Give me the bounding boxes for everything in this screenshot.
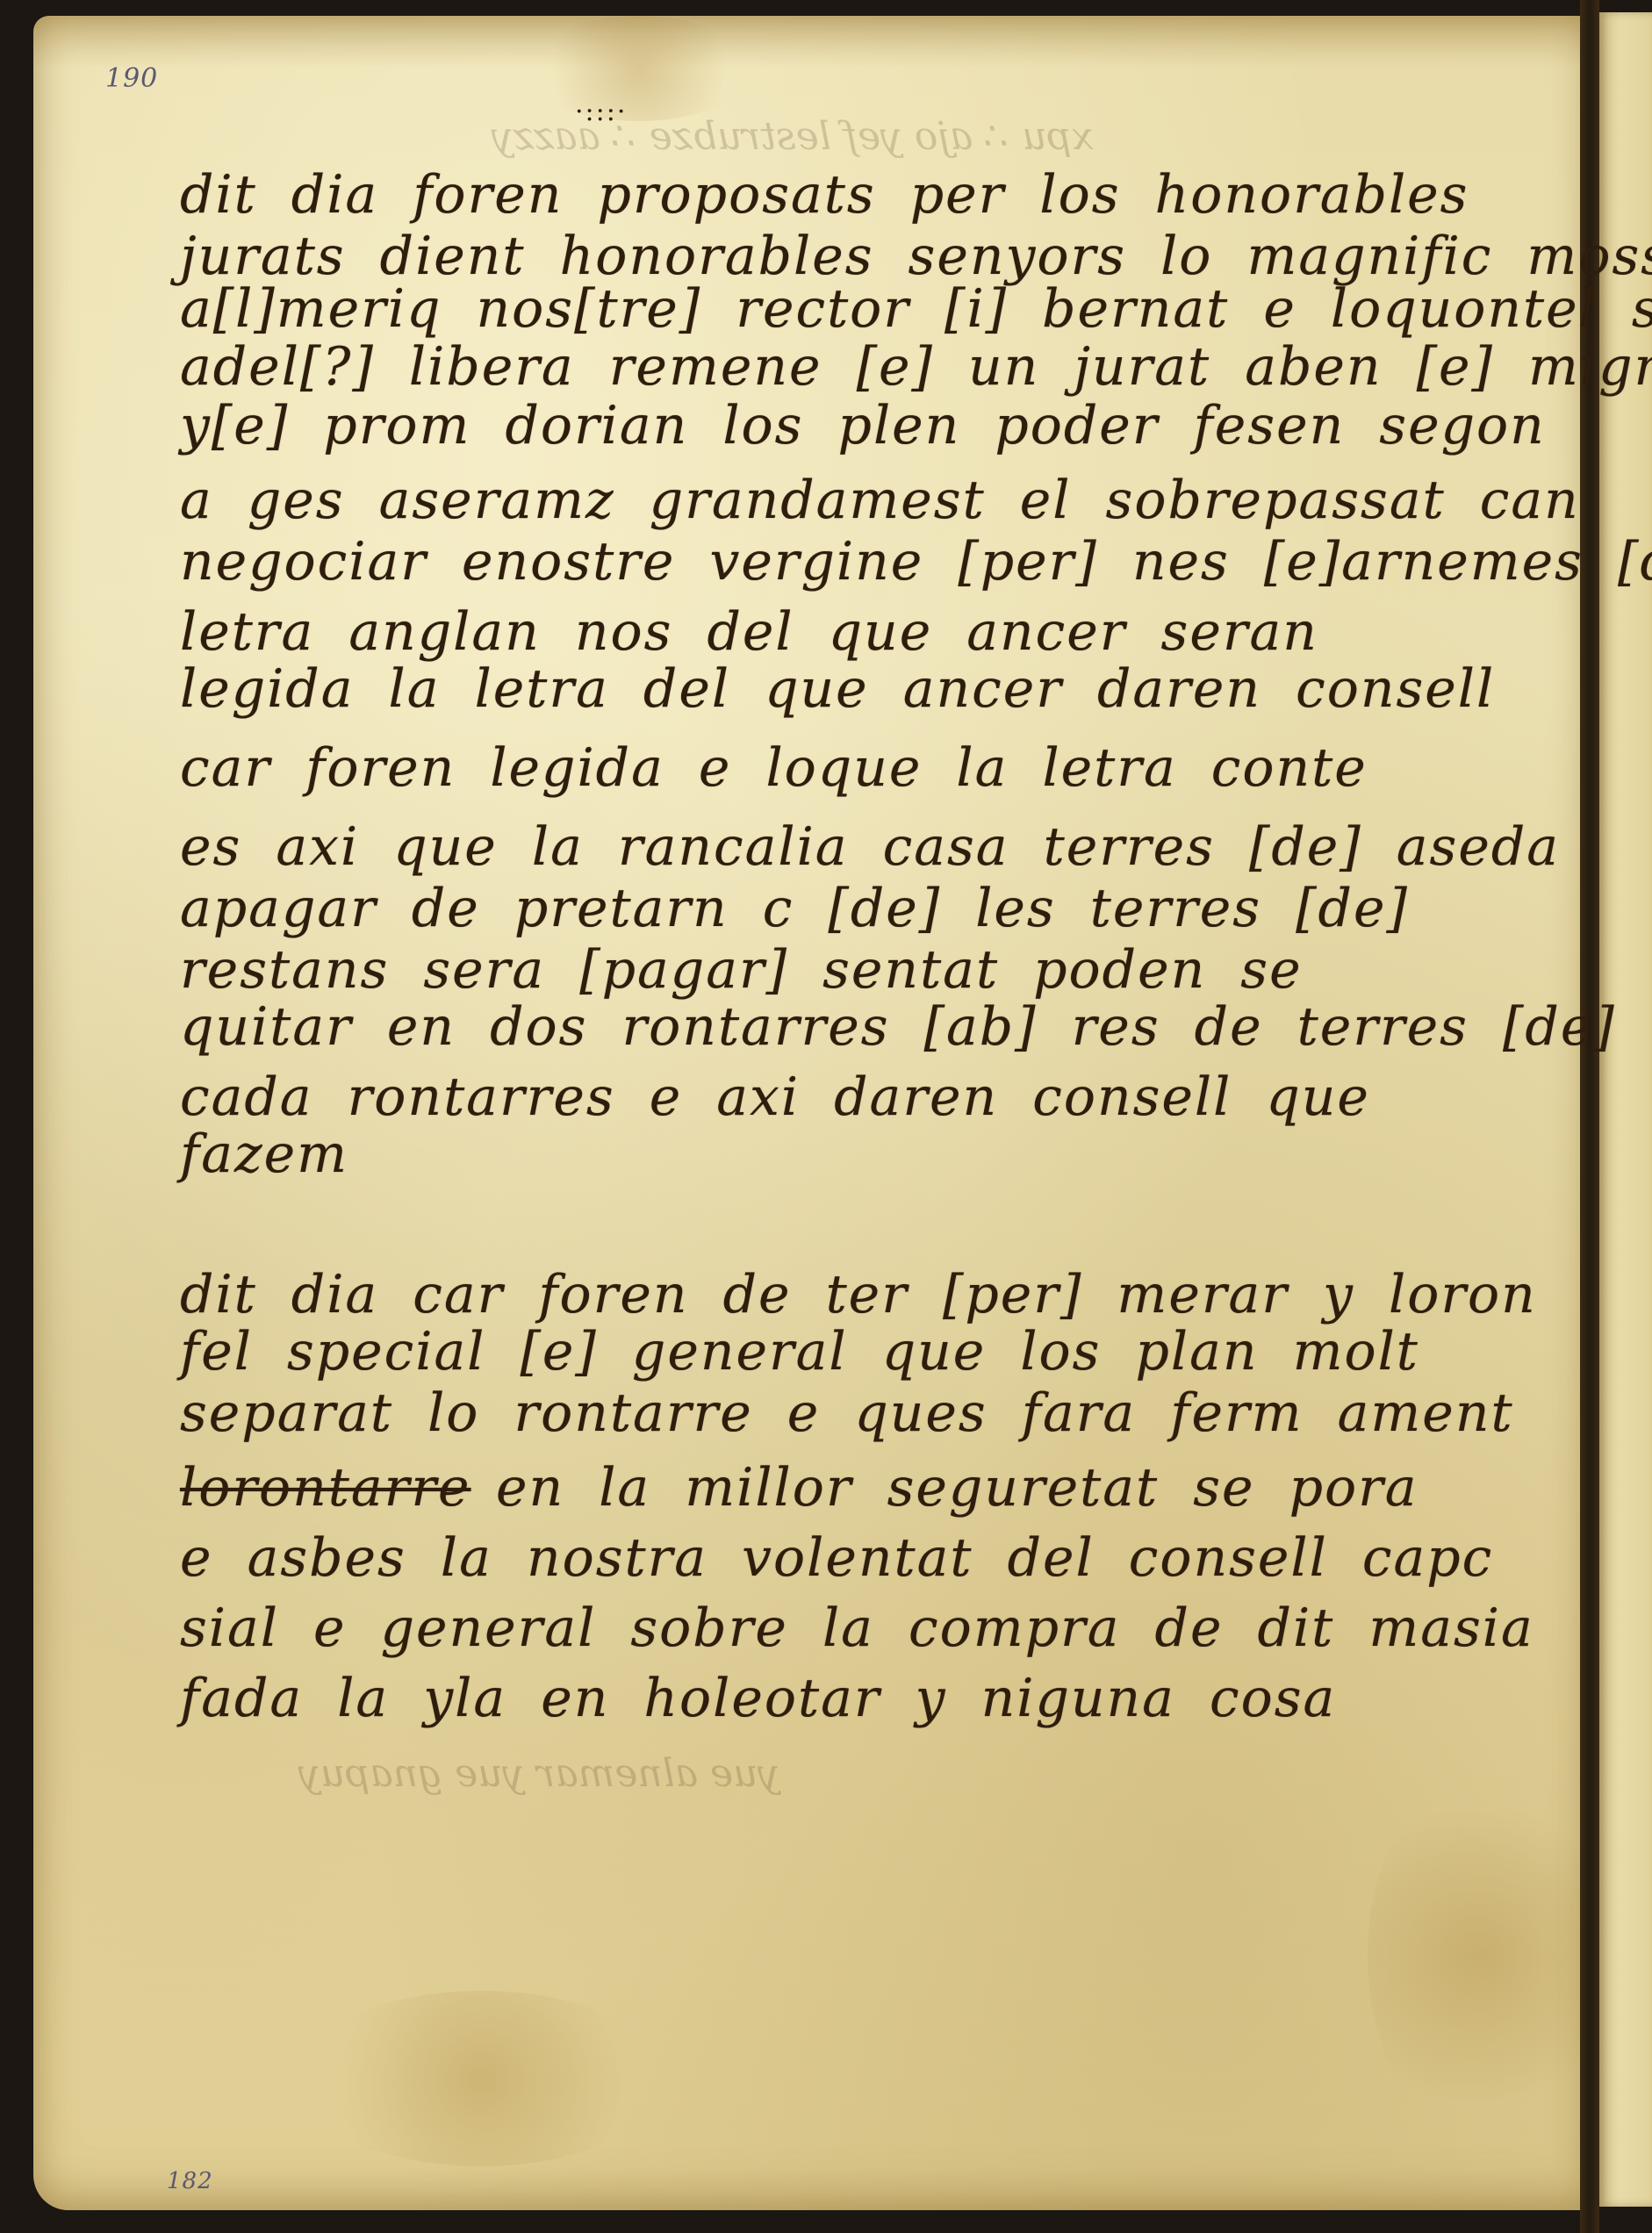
text-line: fel special [e] general que los plan mol… xyxy=(180,1325,1419,1378)
bleed-through-text: yue alnemar yue gnapuy xyxy=(298,1751,779,1796)
text-line: cada rontarres e axi daren consell que xyxy=(180,1071,1370,1124)
text-line: a ges aseramz grandamest el sobrepassat … xyxy=(180,474,1580,527)
text-line: fada la yla en holeotar y niguna cosa xyxy=(180,1672,1336,1725)
water-stain xyxy=(525,16,753,121)
text-line: fazem xyxy=(180,1128,348,1181)
text-line: es axi que la rancalia casa terres [de] … xyxy=(180,821,1560,873)
water-stain xyxy=(1368,1771,1596,2140)
struck-word: lorontarre xyxy=(180,1457,471,1519)
folio-number-bottom: 182 xyxy=(167,2168,213,2194)
water-stain xyxy=(297,1991,665,2166)
page-top-edge-stain xyxy=(33,16,1591,68)
text-line: en la millor seguretat se pora xyxy=(496,1461,1419,1514)
bleed-through-text: xpu ∴ ajo yef lestrubze ∴ aazzy xyxy=(492,114,1094,159)
text-line: lorontarre xyxy=(180,1461,471,1514)
text-line: negociar enostre vergine [per] nes [e]ar… xyxy=(180,535,1652,588)
text-line: dit dia foren proposats per los honorabl… xyxy=(180,169,1469,221)
text-line: dit dia car foren de ter [per] merar y l… xyxy=(180,1268,1537,1321)
text-line: letra anglan nos del que ancer seran xyxy=(180,606,1318,658)
text-line: legida la letra del que ancer daren cons… xyxy=(180,663,1495,715)
text-line: adel[?] libera remene [e] un jurat aben … xyxy=(180,341,1652,393)
text-line: sial e general sobre la compra de dit ma… xyxy=(180,1602,1534,1655)
text-line: car foren legida e loque la letra conte xyxy=(180,742,1368,794)
text-line: separat lo rontarre e ques fara ferm ame… xyxy=(180,1387,1514,1440)
folio-number-top: 190 xyxy=(105,63,158,94)
text-line: y[e] prom dorian los plen poder fesen se… xyxy=(180,399,1546,452)
manuscript-scan: 190 182 ·:::· xpu ∴ ajo yef lestrubze ∴ … xyxy=(0,0,1652,2233)
text-line: jurats dient honorables senyors lo magni… xyxy=(180,230,1652,283)
text-line: a[l]meriq nos[tre] rector [i] bernat e l… xyxy=(180,283,1652,335)
text-line: e asbes la nostra volentat del consell c… xyxy=(180,1532,1493,1584)
text-line: apagar de pretarn c [de] les terres [de] xyxy=(180,882,1409,935)
text-line: quitar en dos rontarres [ab] res de terr… xyxy=(180,1001,1616,1053)
text-line: restans sera [pagar] sentat poden se xyxy=(180,944,1303,996)
